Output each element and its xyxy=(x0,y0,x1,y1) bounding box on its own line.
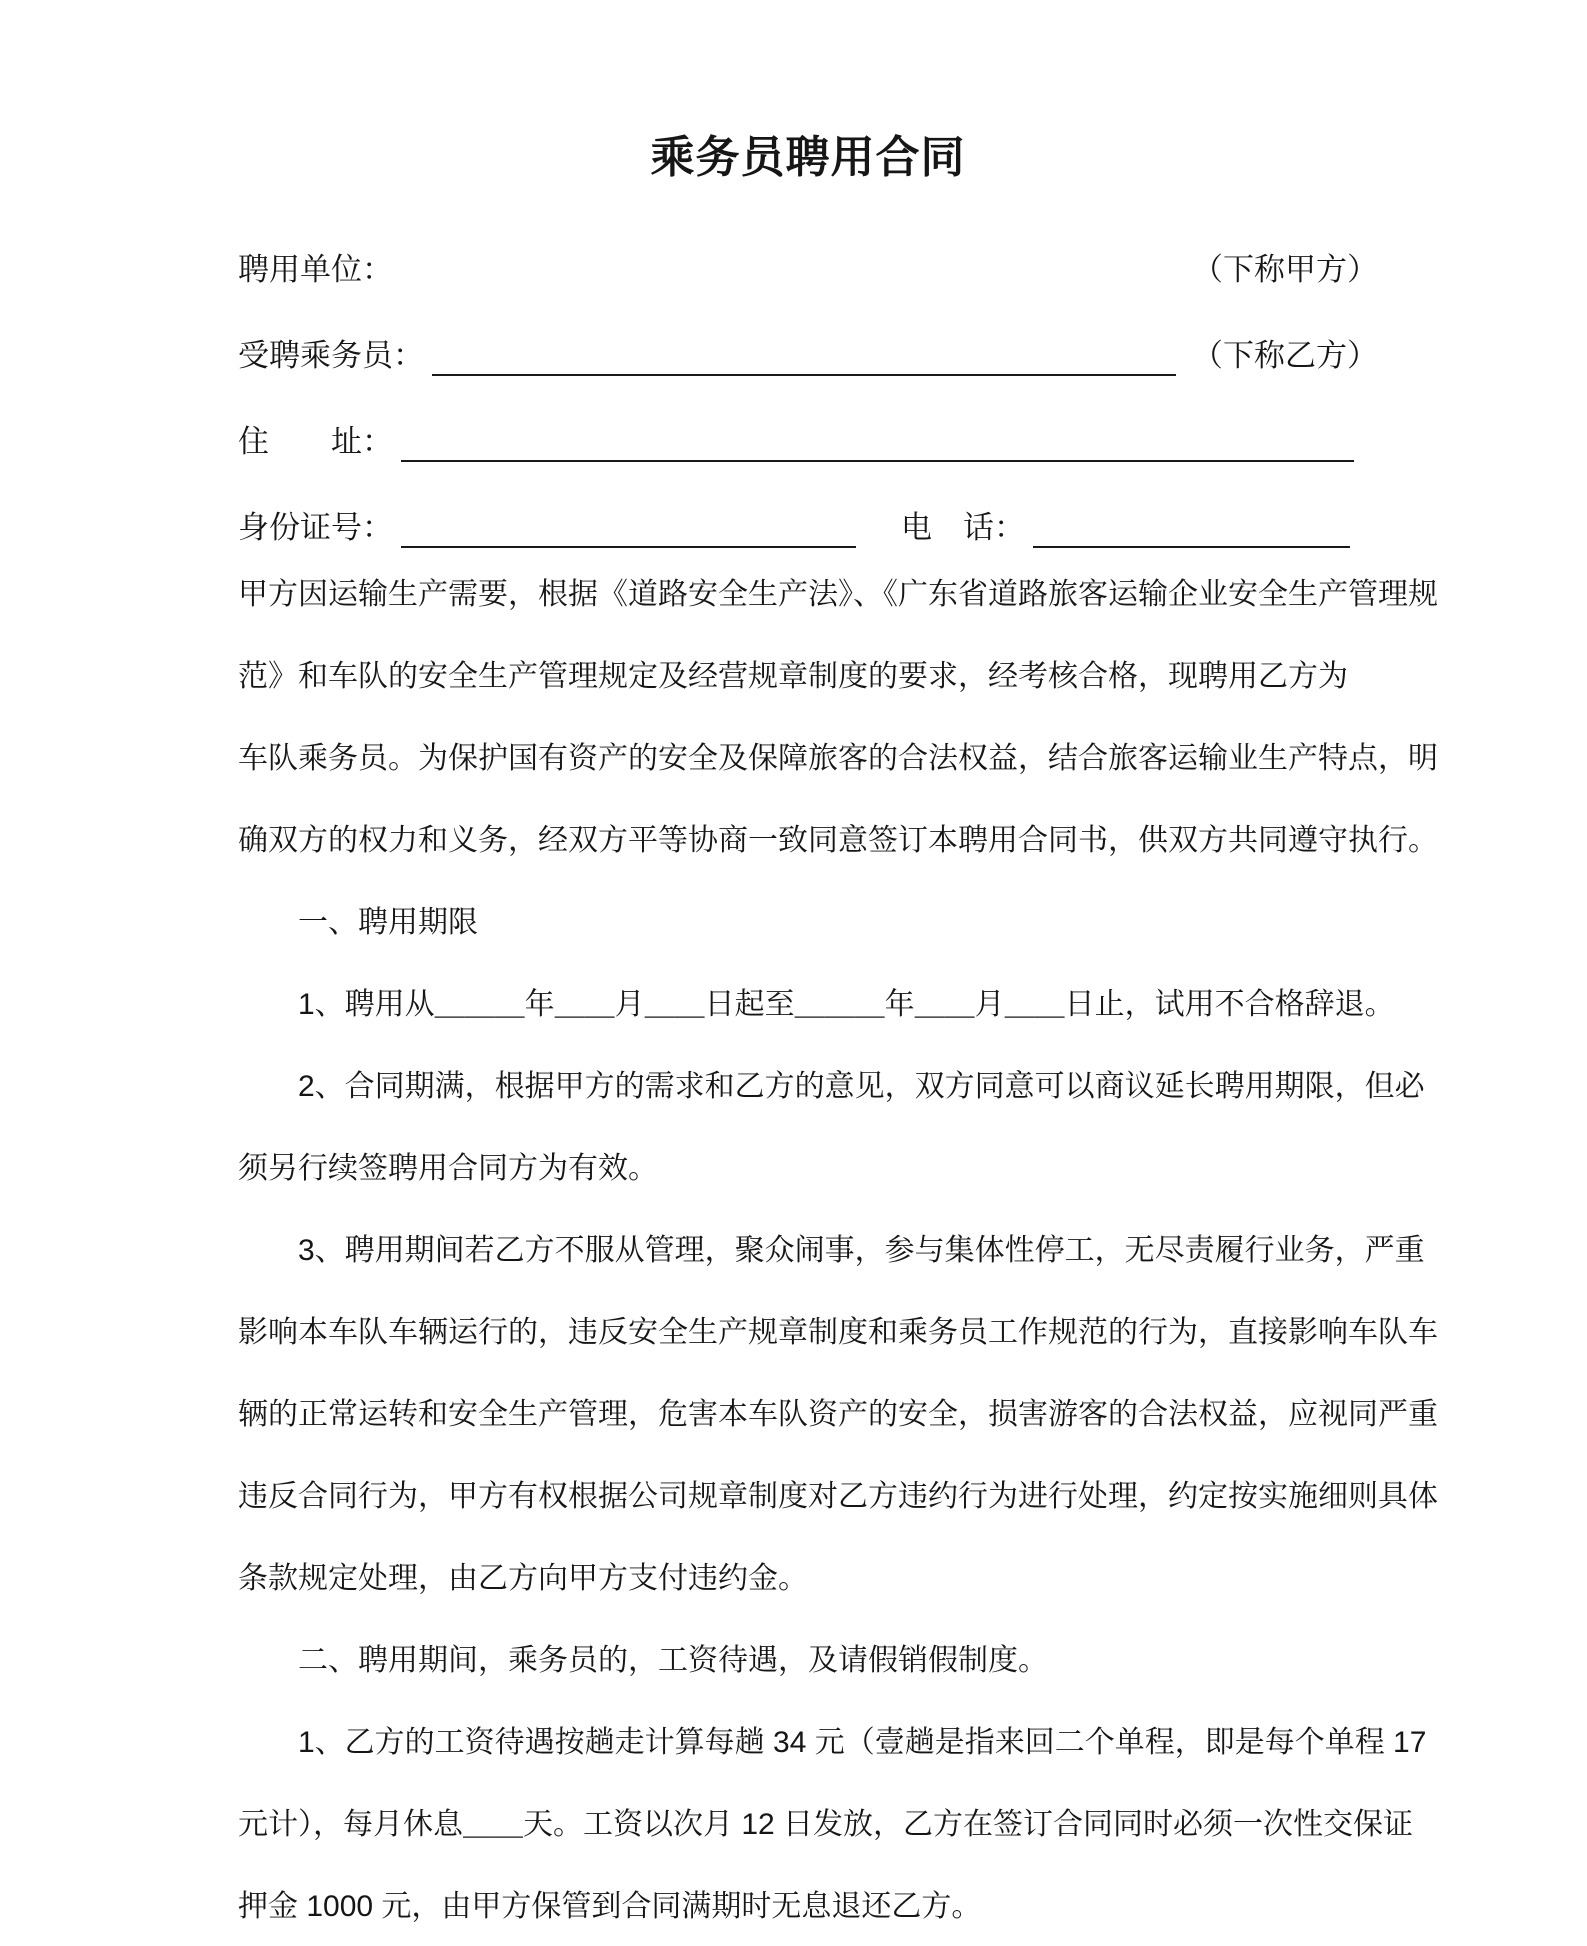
body-line: 车队乘务员。为保护国有资产的安全及保障旅客的合法权益，结合旅客运输业生产特点，明 xyxy=(238,718,1378,800)
body-line: 二、聘用期间，乘务员的，工资待遇，及请假销假制度。 xyxy=(238,1620,1378,1702)
body-line: 条款规定处理，由乙方向甲方支付违约金。 xyxy=(238,1538,1378,1620)
form-row-id-phone: 身份证号： 电 话： xyxy=(238,468,1378,554)
body-line: 2、合同期满，根据甲方的需求和乙方的意见，双方同意可以商议延长聘用期限，但必 xyxy=(238,1046,1378,1128)
employer-label: 聘用单位： xyxy=(238,251,393,290)
phone-blank[interactable] xyxy=(1033,506,1350,548)
employee-label: 受聘乘务员： xyxy=(238,337,424,376)
party-a-note: （下称甲方） xyxy=(1192,251,1378,290)
body-line: 确双方的权力和义务，经双方平等协商一致同意签订本聘用合同书，供双方共同遵守执行。 xyxy=(238,800,1378,882)
form-row-address: 住 址： xyxy=(238,382,1378,468)
body-line: 1、聘用从＿＿＿年＿＿月＿＿日起至＿＿＿年＿＿月＿＿日止，试用不合格辞退。 xyxy=(238,964,1378,1046)
contract-content: 乘务员聘用合同 聘用单位： （下称甲方） 受聘乘务员： （下称乙方） 住 址： … xyxy=(238,0,1378,1946)
body-line: 元计），每月休息＿＿天。工资以次月 12 日发放，乙方在签订合同同时必须一次性交… xyxy=(238,1784,1378,1866)
body-line: 1、乙方的工资待遇按趟走计算每趟 34 元（壹趟是指来回二个单程，即是每个单程 … xyxy=(238,1702,1378,1784)
body-line: 一、聘用期限 xyxy=(238,882,1378,964)
address-label: 住 址： xyxy=(238,423,393,462)
phone-label: 电 话： xyxy=(901,509,1025,548)
form-row-employee: 受聘乘务员： （下称乙方） xyxy=(238,296,1378,382)
id-number-label: 身份证号： xyxy=(238,509,393,548)
contract-page: 乘务员聘用合同 聘用单位： （下称甲方） 受聘乘务员： （下称乙方） 住 址： … xyxy=(0,0,1587,1946)
body-line: 违反合同行为，甲方有权根据公司规章制度对乙方违约行为进行处理，约定按实施细则具体 xyxy=(238,1456,1378,1538)
document-title: 乘务员聘用合同 xyxy=(238,126,1378,190)
address-blank[interactable] xyxy=(401,420,1354,462)
party-b-note: （下称乙方） xyxy=(1192,337,1378,376)
form-row-employer: 聘用单位： （下称甲方） xyxy=(238,210,1378,296)
employee-name-blank[interactable] xyxy=(432,334,1176,376)
contract-body: 甲方因运输生产需要，根据《道路安全生产法》、《广东省道路旅客运输企业安全生产管理… xyxy=(238,554,1378,1946)
id-number-blank[interactable] xyxy=(401,506,856,548)
body-line: 范》和车队的安全生产管理规定及经营规章制度的要求，经考核合格，现聘用乙方为 xyxy=(238,636,1378,718)
body-line: 3、聘用期间若乙方不服从管理，聚众闹事，参与集体性停工，无尽责履行业务，严重 xyxy=(238,1210,1378,1292)
body-line: 辆的正常运转和安全生产管理，危害本车队资产的安全，损害游客的合法权益，应视同严重 xyxy=(238,1374,1378,1456)
body-line: 须另行续签聘用合同方为有效。 xyxy=(238,1128,1378,1210)
body-line: 影响本车队车辆运行的，违反安全生产规章制度和乘务员工作规范的行为，直接影响车队车 xyxy=(238,1292,1378,1374)
header-form: 聘用单位： （下称甲方） 受聘乘务员： （下称乙方） 住 址： 身份证号： 电 … xyxy=(238,210,1378,554)
body-line: 甲方因运输生产需要，根据《道路安全生产法》、《广东省道路旅客运输企业安全生产管理… xyxy=(238,554,1378,636)
body-line: 押金 1000 元，由甲方保管到合同满期时无息退还乙方。 xyxy=(238,1866,1378,1946)
